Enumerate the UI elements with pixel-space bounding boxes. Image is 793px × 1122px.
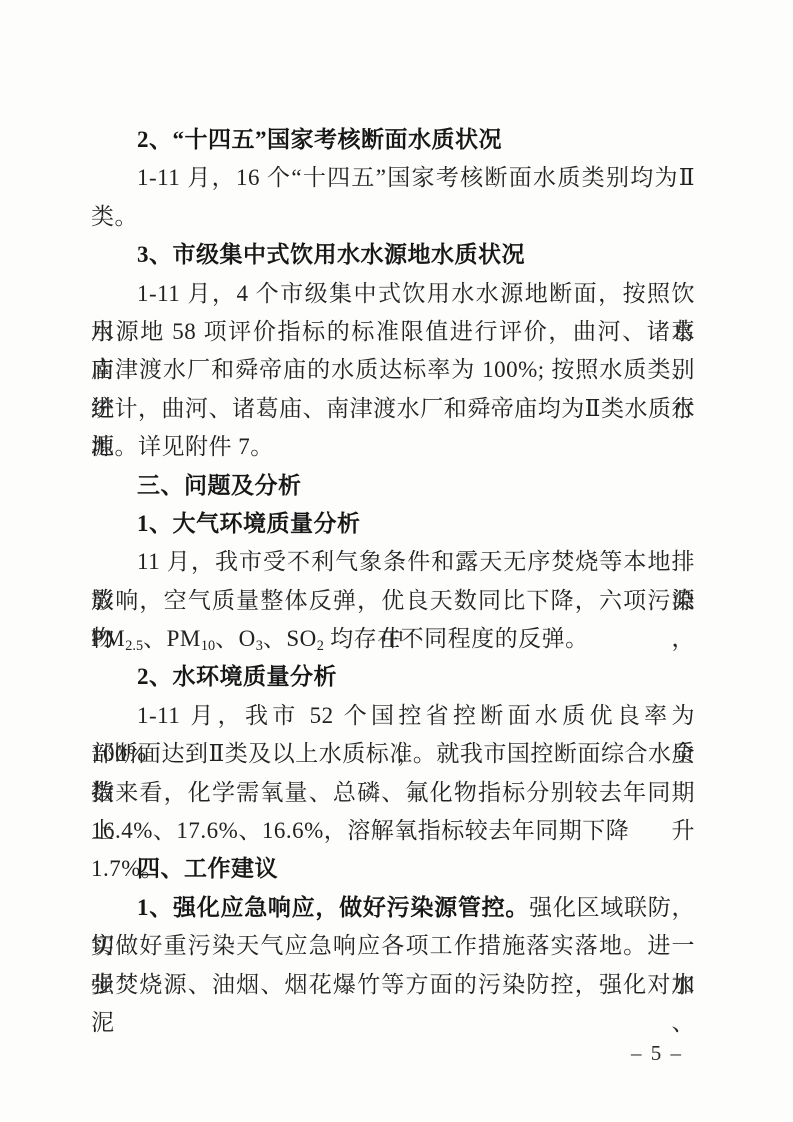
- bold-lead-text: 1、强化应急响应，做好污染源管控。: [137, 895, 529, 920]
- text-line: 1、强化应急响应，做好污染源管控。强化区域联防，切: [91, 889, 695, 927]
- heading-line: 3、市级集中式饮用水水源地水质状况: [91, 236, 695, 274]
- text-line: 水源地 58 项评价指标的标准限值进行评价，曲河、诸葛庙、: [91, 313, 695, 351]
- text-line: 类。: [91, 198, 695, 236]
- page-number: – 5 –: [615, 1041, 699, 1066]
- heading-line: 2、水环境质量分析: [91, 658, 695, 696]
- text-segment: 、SO: [263, 626, 317, 651]
- heading-line: 三、问题及分析: [91, 467, 695, 505]
- text-line: 强焚烧源、油烟、烟花爆竹等方面的污染防控，强化对水泥、: [91, 966, 695, 1004]
- subscript-text: 10: [201, 638, 215, 654]
- document-page: 2、“十四五”国家考核断面水质状况1-11 月，16 个“十四五”国家考核断面水…: [0, 0, 793, 1122]
- heading-line: 1、大气环境质量分析: [91, 505, 695, 543]
- text-line: 统计，曲河、诸葛庙、南津渡水厂和舜帝庙均为Ⅱ类水质水源: [91, 390, 695, 428]
- text-line: 实做好重污染天气应急响应各项工作措施落实落地。进一步加: [91, 927, 695, 965]
- subscript-text: 3: [256, 638, 263, 654]
- subscript-text: 2: [317, 638, 324, 654]
- text-segment: 均存在不同程度的反弹。: [324, 626, 589, 651]
- text-line: 南津渡水厂和舜帝庙的水质达标率为 100%; 按照水质类别进行: [91, 351, 695, 389]
- text-line: 1-11 月，我市 52 个国控省控断面水质优良率为 100%，全: [91, 697, 695, 735]
- text-line: 影响，空气质量整体反弹，优良天数同比下降，六项污染物中，: [91, 582, 695, 620]
- text-line: 16.4%、17.6%、16.6%，溶解氧指标较去年同期下降 1.7%。: [91, 812, 695, 850]
- text-line: 1-11 月，4 个市级集中式饮用水水源地断面，按照饮用水: [91, 275, 695, 313]
- text-line: 地。详见附件 7。: [91, 428, 695, 466]
- text-segment: PM: [91, 626, 125, 651]
- text-segment: 、PM: [143, 626, 201, 651]
- subscript-text: 2.5: [125, 638, 143, 654]
- text-block: 2、“十四五”国家考核断面水质状况1-11 月，16 个“十四五”国家考核断面水…: [91, 121, 695, 1004]
- text-line: 1-11 月，16 个“十四五”国家考核断面水质类别均为Ⅱ: [91, 159, 695, 197]
- text-line: 部断面达到Ⅱ类及以上水质标准。就我市国控断面综合水质指: [91, 735, 695, 773]
- text-line: 11 月，我市受不利气象条件和露天无序焚烧等本地排放源: [91, 543, 695, 581]
- text-segment: 、O: [215, 626, 256, 651]
- heading-line: 2、“十四五”国家考核断面水质状况: [91, 121, 695, 159]
- text-line: 数来看，化学需氧量、总磷、氟化物指标分别较去年同期上升: [91, 774, 695, 812]
- heading-line: 四、工作建议: [91, 850, 695, 888]
